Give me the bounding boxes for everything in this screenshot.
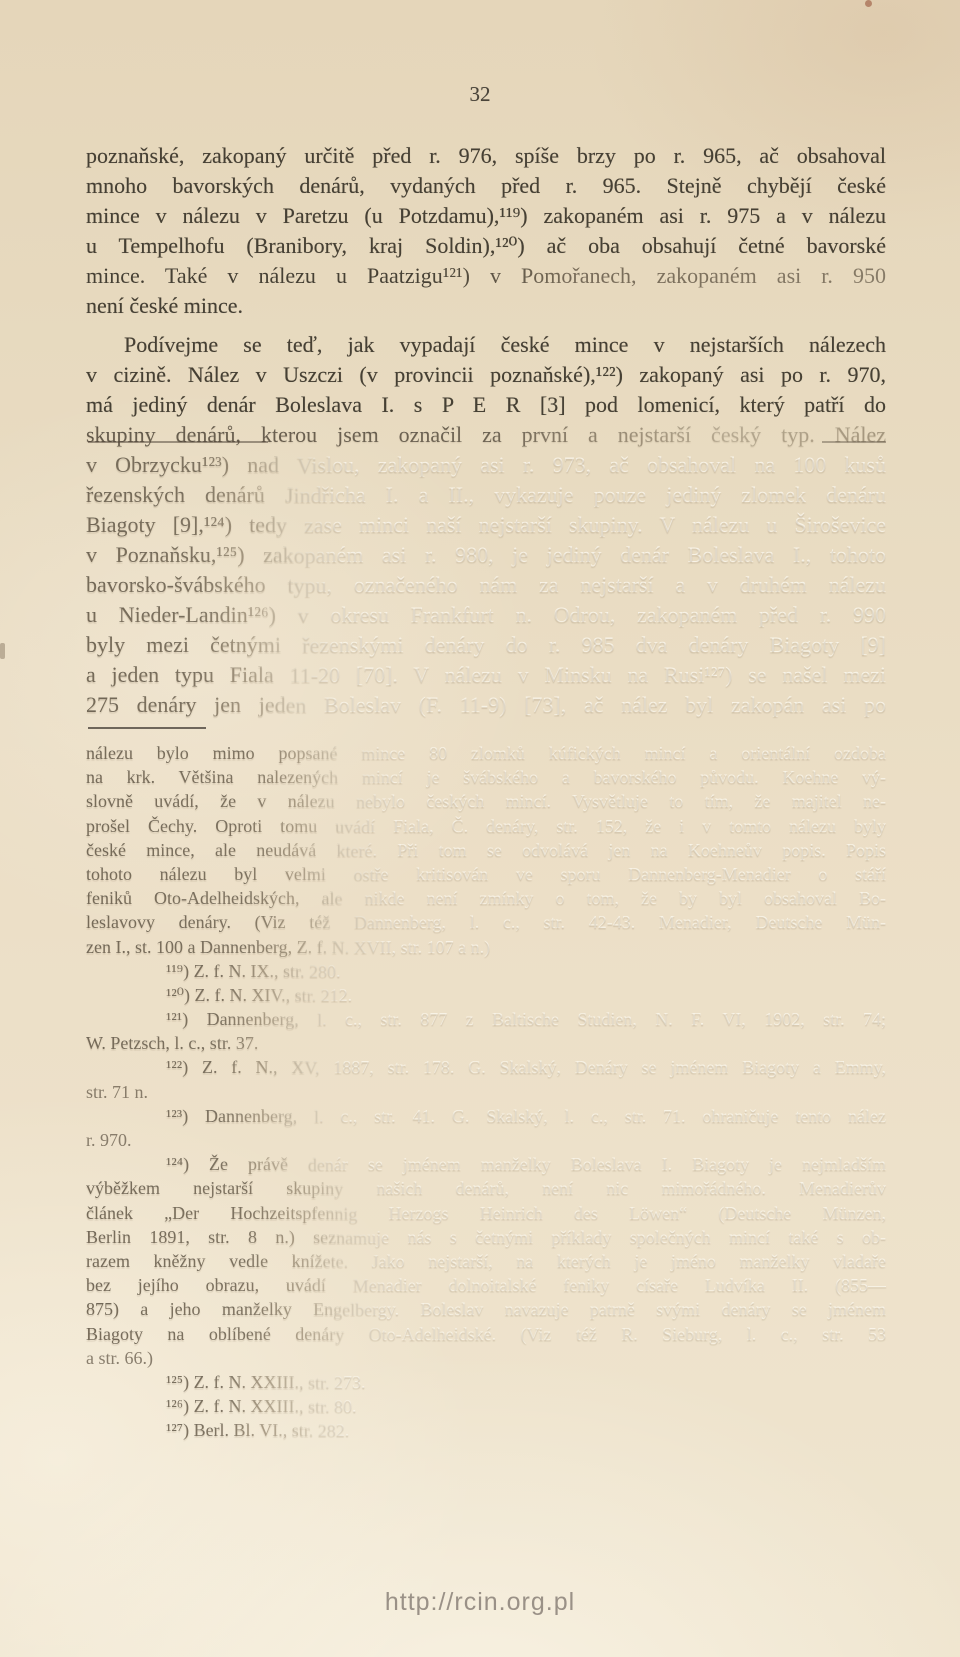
pencil-underline xyxy=(88,441,268,443)
footnote-line: bez jejího obrazu, uvádí Menadier dolnoi… xyxy=(86,1273,886,1297)
scanned-page: 32 poznaňské, zakopaný určitě před r. 97… xyxy=(0,0,960,1657)
footnote-line: W. Petzsch, l. c., str. 37. xyxy=(86,1031,886,1055)
footnote-separator xyxy=(88,727,206,729)
footnote-line: tohoto nálezu byl velmi ostře kritisován… xyxy=(86,862,886,886)
footnote-line: článek „Der Hochzeitspfennig Herzogs Hei… xyxy=(86,1201,886,1225)
footnote-line: ¹²⁴) Že právě denár se jménem manželky B… xyxy=(86,1152,886,1176)
paper-speck xyxy=(865,0,872,7)
watermark-url: http://rcin.org.pl xyxy=(0,1588,960,1617)
footnote-line: a str. 66.) xyxy=(86,1346,886,1370)
text-line-faded: byly mezi četnými řezenskými denáry do r… xyxy=(86,630,886,660)
footnote-line: str. 71 n. xyxy=(86,1080,886,1104)
footnote-line: ¹²¹) Dannenberg, l. c., str. 877 z Balti… xyxy=(86,1007,886,1031)
text-line-faded: řezenských denárů Jindřicha I. a II., vy… xyxy=(86,480,886,510)
text-line-faded: a jeden typu Fiala 11-20 [70]. V nálezu … xyxy=(86,660,886,690)
text-line-faded: Biagoty [9],¹²⁴) tedy zase minci naší ne… xyxy=(86,510,886,540)
footnote-line: ¹²²) Z. f. N., XV, 1887, str. 178. G. Sk… xyxy=(86,1055,886,1079)
footnote-line: 875) a jeho manželky Engelbergy. Bolesla… xyxy=(86,1297,886,1321)
footnote-line: ¹¹⁹) Z. f. N. IX., str. 280. xyxy=(86,959,886,983)
text-line-faded: u Nieder-Landin¹²⁶) v okresu Frankfurt n… xyxy=(86,600,886,630)
footnote-line: Biagoty na oblíbené denáry Oto-Adelheids… xyxy=(86,1322,886,1346)
text-line: Podívejme se teď, jak vypadají české min… xyxy=(86,330,886,360)
paragraph-2: Podívejme se teď, jak vypadají české min… xyxy=(86,330,886,720)
text-line: poznaňské, zakopaný určitě před r. 976, … xyxy=(86,141,886,171)
text-line: mnoho bavorských denárů, vydaných před r… xyxy=(86,171,886,201)
text-line: má jediný denár Boleslava I. s P E R [3]… xyxy=(86,390,886,420)
text-line: mince v nálezu v Paretzu (u Potzdamu),¹¹… xyxy=(86,201,886,231)
footnote-line: ¹²⁷) Berl. Bl. VI., str. 282. xyxy=(86,1418,886,1442)
text-line-faded: 275 denáry jen jeden Boleslav (F. 11-9) … xyxy=(86,690,886,720)
footnote-line: r. 970. xyxy=(86,1128,886,1152)
footnote-line: ¹²⁵) Z. f. N. XXIII., str. 273. xyxy=(86,1370,886,1394)
footnote-line: slovně uvádí, že v nálezu nebylo českých… xyxy=(86,789,886,813)
footnote-line: výběžkem nejstarší skupiny našich denárů… xyxy=(86,1176,886,1200)
text-line: mince. Také v nálezu u Paatzigu¹²¹) v Po… xyxy=(86,261,886,291)
footnote-line: zen I., st. 100 a Dannenberg, Z. f. N. X… xyxy=(86,935,886,959)
text-line: u Tempelhofu (Branibory, kraj Soldin),¹²… xyxy=(86,231,886,261)
footnote-line: prošel Čechy. Oproti tomu uvádí Fiala, Č… xyxy=(86,814,886,838)
footnote-line: nálezu bylo mimo popsané mince 80 zlomků… xyxy=(86,741,886,765)
footnote-line: Berlin 1891, str. 8 n.) seznamuje nás s … xyxy=(86,1225,886,1249)
paragraph-1: poznaňské, zakopaný určitě před r. 976, … xyxy=(86,141,886,321)
footnote-line: ¹²³) Dannenberg, l. c., str. 41. G. Skal… xyxy=(86,1104,886,1128)
text-line: v cizině. Nález v Uszczi (v provincii po… xyxy=(86,360,886,390)
pencil-underline xyxy=(822,441,886,443)
text-line-faded: v Obrzycku¹²³) nad Vislou, zakopaný asi … xyxy=(86,450,886,480)
footnote-line: feniků Oto-Adelheidských, ale nikde není… xyxy=(86,886,886,910)
footnote-line: na krk. Většina nalezených mincí je šváb… xyxy=(86,765,886,789)
footnote-line: ¹²⁶) Z. f. N. XXIII., str. 80. xyxy=(86,1394,886,1418)
page-number: 32 xyxy=(0,82,960,107)
text-line-faded: v Poznaňsku,¹²⁵) zakopaném asi r. 980, j… xyxy=(86,540,886,570)
footnote-line: leslavovy denáry. (Viz též Dannenberg, l… xyxy=(86,910,886,934)
text-line: není české mince. xyxy=(86,291,886,321)
text-line-faded: bavorsko-švábského typu, označeného nám … xyxy=(86,570,886,600)
paper-speck xyxy=(0,643,5,659)
footnote-line: české mince, ale neudává které. Při tom … xyxy=(86,838,886,862)
footnote-line: razem kněžny vedle knížete. Jako nejstar… xyxy=(86,1249,886,1273)
text-line-faded: skupiny denárů, kterou jsem označil za p… xyxy=(86,420,886,450)
footnote-line: ¹²⁰) Z. f. N. XIV., str. 212. xyxy=(86,983,886,1007)
footnotes: nálezu bylo mimo popsané mince 80 zlomků… xyxy=(86,741,886,1442)
